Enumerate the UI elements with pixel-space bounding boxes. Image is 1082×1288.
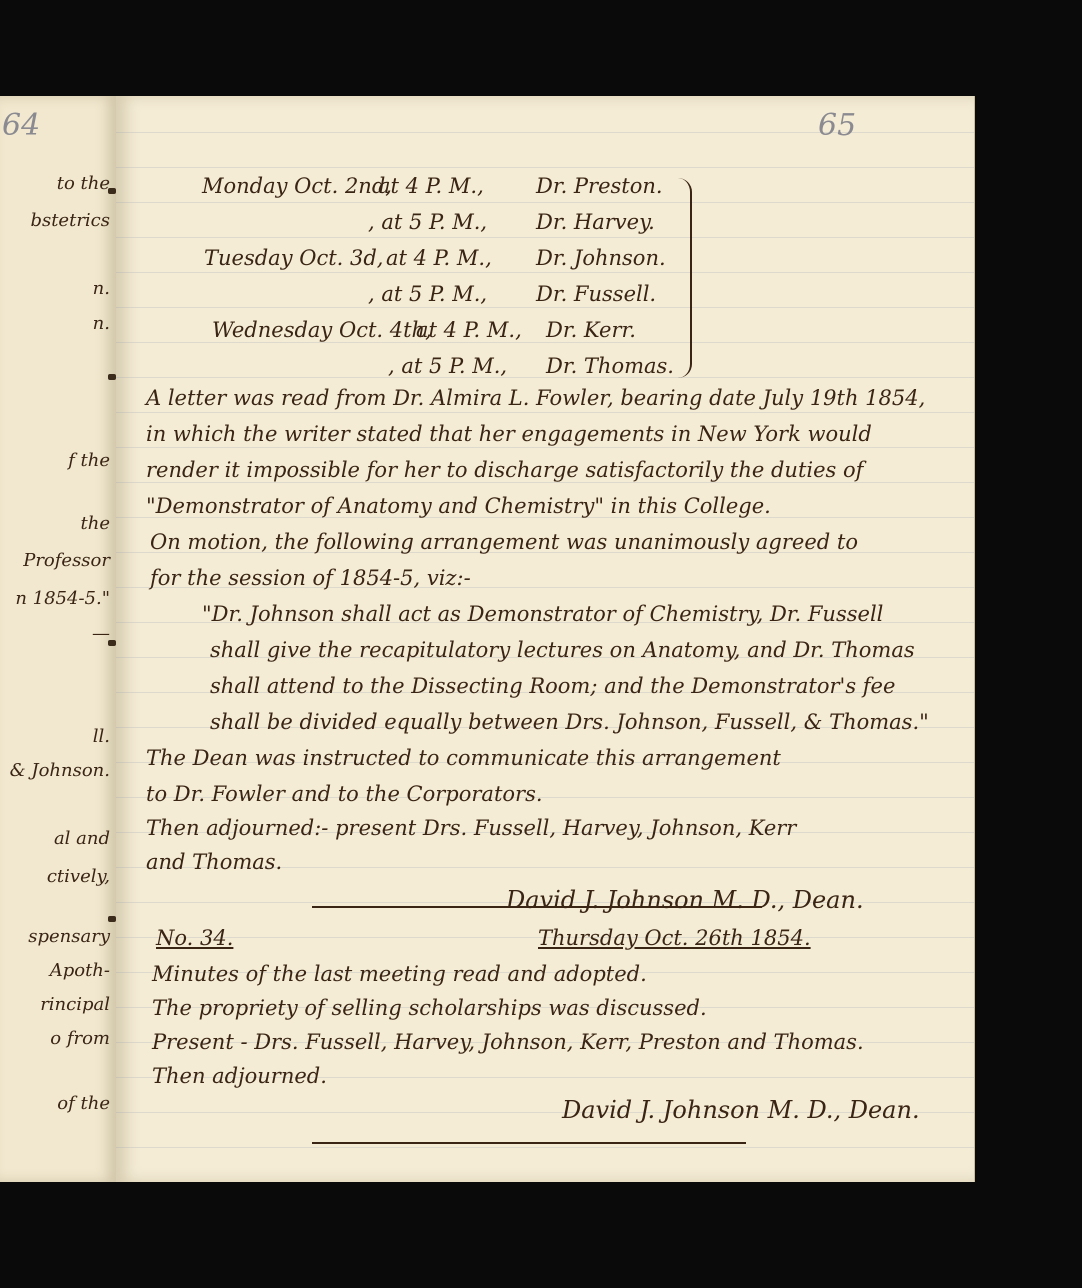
- schedule-day: Tuesday Oct. 3d,: [204, 246, 383, 270]
- minutes-line: render it impossible for her to discharg…: [146, 458, 863, 482]
- resolution-line: shall give the recapitulatory lectures o…: [210, 638, 915, 662]
- section-divider: [312, 1142, 746, 1144]
- signature-dean: David J. Johnson M. D., Dean.: [562, 1096, 920, 1124]
- ruled-line: [116, 237, 974, 238]
- minutes-line: for the session of 1854-5, viz:-: [150, 566, 471, 590]
- binding-hole: [108, 916, 116, 922]
- left-margin-fragment: Apoth-: [50, 960, 110, 981]
- ruled-line: [116, 202, 974, 203]
- meeting-date: Thursday Oct. 26th 1854.: [538, 926, 811, 950]
- left-page: 64 to thebstetricsn.n.f thetheProfessorn…: [0, 96, 118, 1182]
- left-margin-fragment: the: [81, 513, 110, 534]
- schedule-lecturer: Dr. Harvey.: [536, 210, 655, 234]
- left-margin-fragment: n.: [93, 278, 110, 299]
- left-margin-fragment: n 1854-5.": [15, 588, 110, 609]
- left-margin-fragment: ctively,: [47, 866, 110, 887]
- left-margin-fragment: n.: [93, 313, 110, 334]
- right-page-number: 65: [818, 108, 856, 143]
- left-page-number: 64: [2, 108, 40, 143]
- closing-line: to Dr. Fowler and to the Corporators.: [146, 782, 543, 806]
- ruled-line: [116, 167, 974, 168]
- left-margin-fragment: spensary: [28, 926, 110, 947]
- closing-line: The Dean was instructed to communicate t…: [146, 746, 781, 770]
- resolution-line: shall attend to the Dissecting Room; and…: [210, 674, 895, 698]
- ruled-line: [116, 307, 974, 308]
- closing-line: Then adjourned:- present Drs. Fussell, H…: [146, 816, 796, 840]
- schedule-lecturer: Dr. Johnson.: [536, 246, 666, 270]
- ruled-line: [116, 482, 974, 483]
- schedule-time: , at 5 P. M.,: [368, 210, 487, 234]
- ruled-line: [116, 447, 974, 448]
- left-margin-fragment: & Johnson.: [10, 760, 110, 781]
- ruled-line: [116, 1147, 974, 1148]
- left-margin-fragment: rincipal: [40, 994, 110, 1015]
- binding-hole: [108, 640, 116, 646]
- ruled-line: [116, 377, 974, 378]
- left-margin-fragment: o from: [50, 1028, 110, 1049]
- ruled-line: [116, 272, 974, 273]
- left-margin-fragment: ll.: [93, 726, 110, 747]
- minutes-line: "Demonstrator of Anatomy and Chemistry" …: [146, 494, 771, 518]
- left-margin-fragment: f the: [68, 450, 110, 471]
- meeting-line: Then adjourned.: [152, 1064, 327, 1088]
- resolution-line: "Dr. Johnson shall act as Demonstrator o…: [202, 602, 883, 626]
- schedule-lecturer: Dr. Fussell.: [536, 282, 656, 306]
- meeting-number: No. 34.: [156, 926, 233, 950]
- minutes-line: On motion, the following arrangement was…: [150, 530, 858, 554]
- left-margin-fragment: Professor: [23, 550, 110, 571]
- resolution-line: shall be divided equally between Drs. Jo…: [210, 710, 929, 734]
- schedule-time: , at 5 P. M.,: [388, 354, 507, 378]
- schedule-brace: [676, 178, 692, 378]
- minutes-line: in which the writer stated that her enga…: [146, 422, 872, 446]
- ruled-line: [116, 412, 974, 413]
- left-margin-fragment: al and: [54, 828, 110, 849]
- schedule-time: at 4 P. M.,: [378, 174, 484, 198]
- binding-hole: [108, 374, 116, 380]
- minutes-line: A letter was read from Dr. Almira L. Fow…: [146, 386, 925, 410]
- left-margin-fragment: bstetrics: [30, 210, 110, 231]
- left-margin-fragment: to the: [57, 173, 110, 194]
- schedule-day: Wednesday Oct. 4th,: [212, 318, 432, 342]
- schedule-lecturer: Dr. Thomas.: [546, 354, 674, 378]
- closing-line: and Thomas.: [146, 850, 282, 874]
- schedule-time: at 4 P. M.,: [386, 246, 492, 270]
- schedule-time: at 4 P. M.,: [416, 318, 522, 342]
- right-page: 65 Monday Oct. 2nd, at 4 P. M., Dr. Pres…: [116, 96, 975, 1182]
- section-divider: [312, 906, 762, 908]
- binding-hole: [108, 188, 116, 194]
- schedule-lecturer: Dr. Preston.: [536, 174, 663, 198]
- signature-dean: David J. Johnson M. D., Dean.: [506, 886, 864, 914]
- meeting-line: Minutes of the last meeting read and ado…: [152, 962, 647, 986]
- meeting-line: The propriety of selling scholarships wa…: [152, 996, 707, 1020]
- schedule-lecturer: Dr. Kerr.: [546, 318, 636, 342]
- ruled-line: [116, 342, 974, 343]
- schedule-day: Monday Oct. 2nd,: [202, 174, 392, 198]
- left-margin-fragment: of the: [57, 1093, 110, 1114]
- meeting-line: Present - Drs. Fussell, Harvey, Johnson,…: [152, 1030, 864, 1054]
- schedule-time: , at 5 P. M.,: [368, 282, 487, 306]
